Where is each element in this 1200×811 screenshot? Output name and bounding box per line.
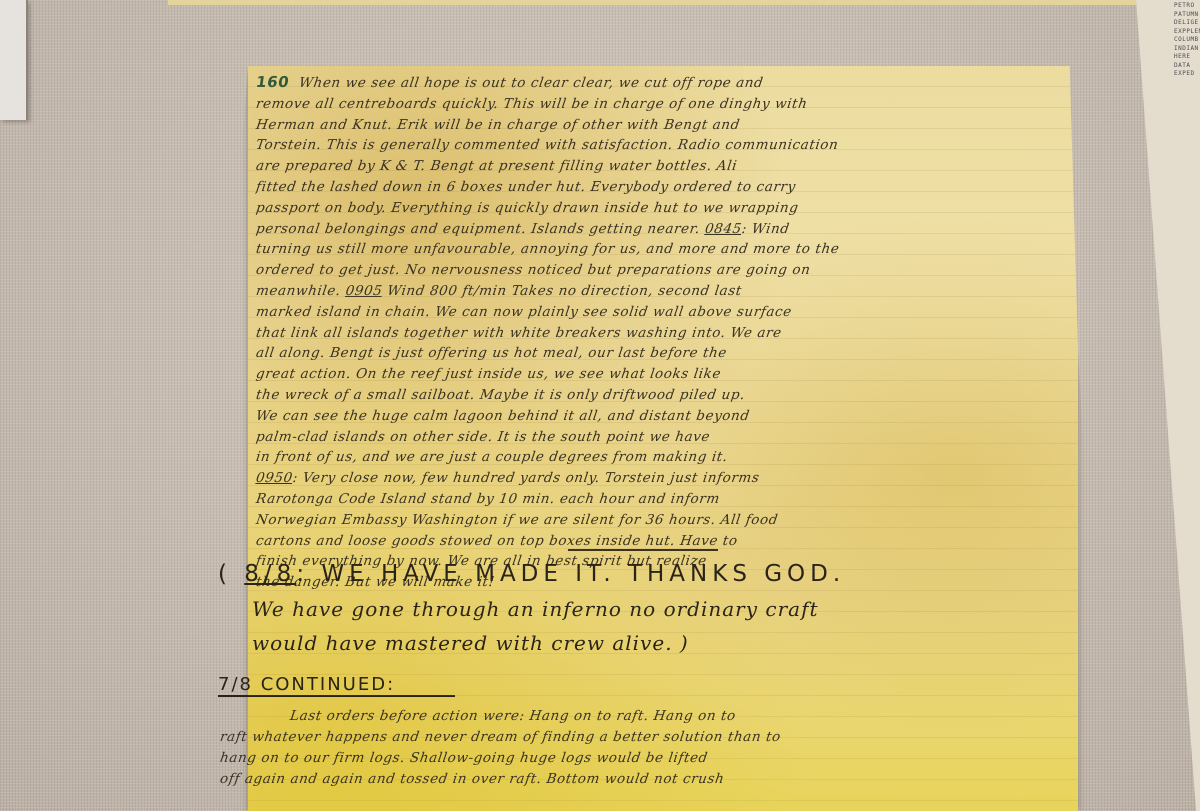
page-number: 160 (255, 73, 291, 91)
diary-line: great action. On the reef just inside us… (255, 364, 1058, 385)
diary-line: meanwhile. 0905 Wind 800 ft/min Takes no… (255, 281, 1058, 302)
diary-line: Last orders before action were: Hang on … (219, 706, 1082, 727)
diary-line: in front of us, and we are just a couple… (255, 447, 1058, 468)
divider-line (568, 549, 718, 551)
diary-line: Rarotonga Code Island stand by 10 min. e… (255, 489, 1058, 510)
timestamp: 0845 (704, 221, 743, 237)
timestamp: 0905 (345, 283, 384, 299)
diary-line: Herman and Knut. Erik will be in charge … (255, 115, 1058, 136)
diary-line: ordered to get just. No nervousness noti… (255, 260, 1058, 281)
exhibit-caption-card: PETRO PATUMN DELIGE EXPPLEM COLUMB INDIA… (1136, 0, 1200, 811)
diary-line: 0950: Very close now, few hundred yards … (255, 468, 1058, 489)
diary-line: off again and again and tossed in over r… (219, 769, 1082, 790)
diary-line: Norwegian Embassy Washington if we are s… (255, 510, 1058, 531)
diary-page: 160When we see all hope is out to clear … (248, 66, 1078, 811)
caption-text: PETRO PATUMN DELIGE EXPPLEM COLUMB INDIA… (1174, 2, 1200, 79)
diary-line: We can see the huge calm lagoon behind i… (255, 406, 1058, 427)
diary-line: palm-clad islands on other side. It is t… (255, 427, 1058, 448)
continued-entry-text: Last orders before action were: Hang on … (220, 706, 1080, 790)
continued-heading: 7/8 CONTINUED: (218, 674, 455, 697)
diary-line: Torstein. This is generally commented wi… (255, 135, 1058, 156)
diary-line: marked island in chain. We can now plain… (255, 302, 1058, 323)
diary-line: passport on body. Everything is quickly … (255, 198, 1058, 219)
diary-line: all along. Bengt is just offering us hot… (255, 343, 1058, 364)
adjacent-page-edge (168, 0, 1178, 5)
arrival-line: We have gone through an inferno no ordin… (218, 592, 1078, 626)
insert-date: 8/8 (244, 561, 296, 587)
arrival-insert: ( 8/8: WE HAVE MADE IT. THANKS GOD. We h… (218, 556, 1078, 660)
diary-line: are prepared by K & T. Bengt at present … (255, 156, 1058, 177)
diary-line: personal belongings and equipment. Islan… (255, 219, 1058, 240)
arrival-headline: ( 8/8: WE HAVE MADE IT. THANKS GOD. (218, 556, 1078, 592)
diary-line: hang on to our firm logs. Shallow-going … (219, 748, 1082, 769)
timestamp: 0950 (255, 470, 294, 486)
diary-line: the wreck of a small sailboat. Maybe it … (255, 385, 1058, 406)
diary-entry-text: 160When we see all hope is out to clear … (256, 72, 1056, 593)
diary-line: remove all centreboards quickly. This wi… (255, 94, 1058, 115)
diary-line: that link all islands together with whit… (255, 323, 1058, 344)
diary-line: turning us still more unfavourable, anno… (255, 239, 1058, 260)
arrival-line: would have mastered with crew alive. ) (218, 626, 1078, 660)
diary-line: fitted the lashed down in 6 boxes under … (255, 177, 1058, 198)
diary-line: raft whatever happens and never dream of… (219, 727, 1082, 748)
diary-line: 160When we see all hope is out to clear … (254, 72, 1057, 94)
adjacent-display-card (0, 0, 28, 120)
